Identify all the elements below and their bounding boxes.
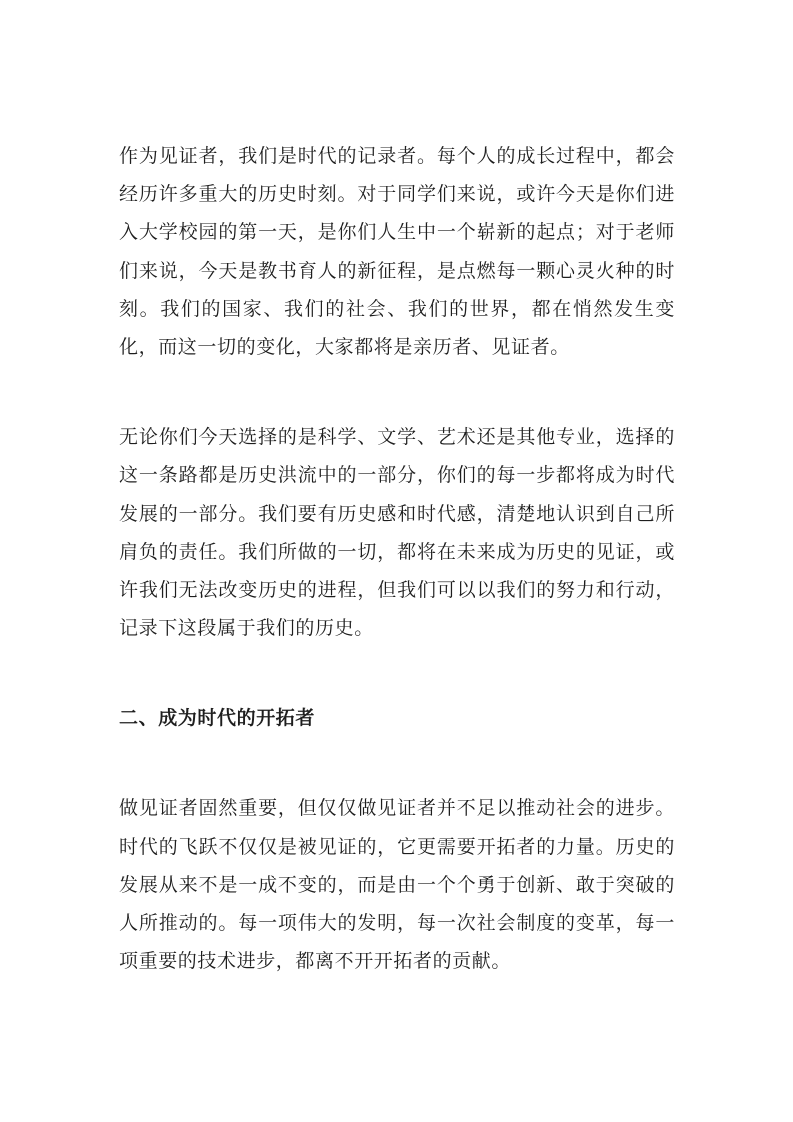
paragraph-spacer — [119, 366, 675, 418]
paragraph-pioneer: 做见证者固然重要，但仅仅做见证者并不足以推动社会的进步。时代的飞跃不仅仅是被见证… — [119, 789, 675, 980]
paragraph-history-responsibility: 无论你们今天选择的是科学、文学、艺术还是其他专业，选择的这一条路都是历史洪流中的… — [119, 418, 675, 647]
paragraph-witness-recorder: 作为见证者，我们是时代的记录者。每个人的成长过程中，都会经历许多重大的历史时刻。… — [119, 137, 675, 366]
section-heading: 二、成为时代的开拓者 — [119, 699, 675, 737]
paragraph-spacer — [119, 647, 675, 699]
paragraph-spacer — [119, 737, 675, 789]
document-page: 作为见证者，我们是时代的记录者。每个人的成长过程中，都会经历许多重大的历史时刻。… — [119, 137, 675, 980]
